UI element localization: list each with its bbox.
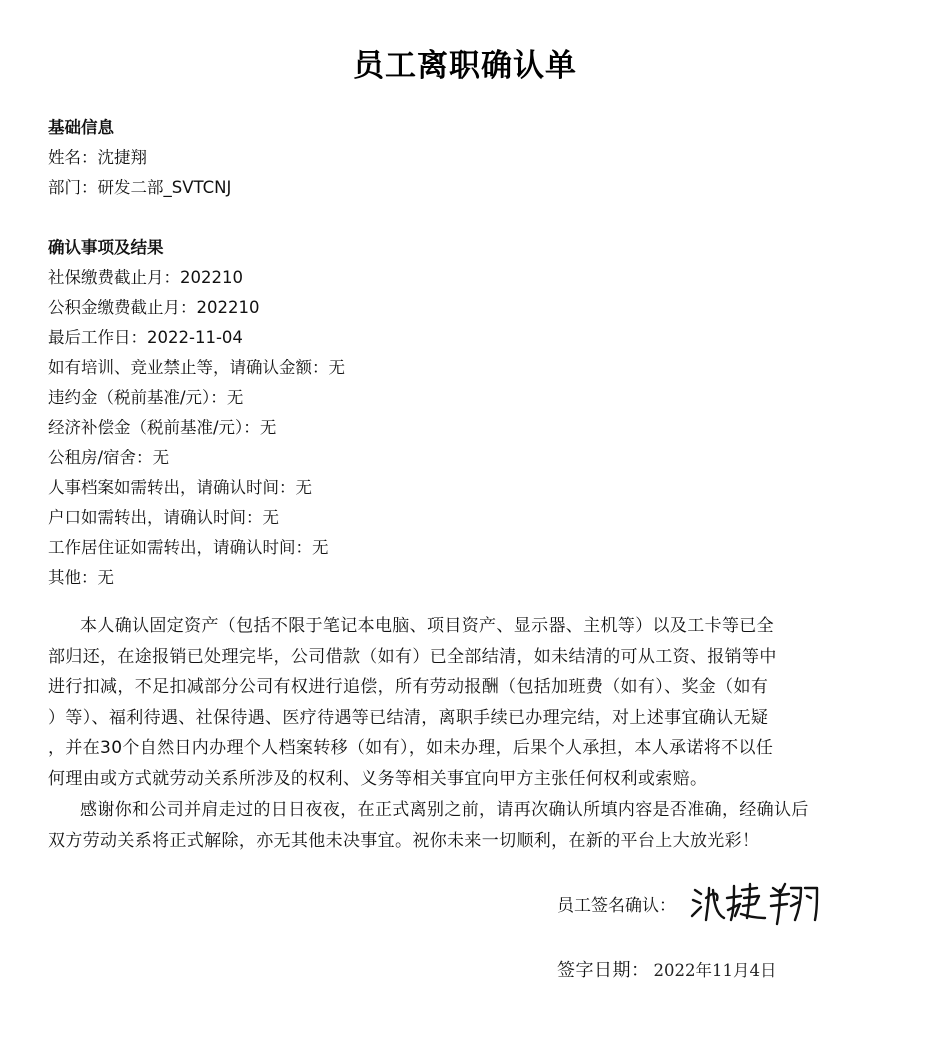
signature-label: 员工签名确认：: [557, 891, 676, 916]
paragraph-line: 感谢你和公司并肩走过的日日夜夜，在正式离别之前，请再次确认所填内容是否准确，经确…: [48, 795, 868, 826]
item-value: 无: [260, 418, 277, 437]
sign-date-label: 签字日期：: [557, 960, 650, 981]
paragraph-line: 何理由或方式就劳动关系所涉及的权利、义务等相关事宜向甲方主张任何权利或索赔。: [48, 764, 868, 795]
signature-row: 员工签名确认：: [557, 876, 827, 930]
name-value: 沈捷翔: [98, 148, 148, 167]
confirmation-item: 违约金（税前基准/元）：无: [48, 383, 878, 413]
item-label: 工作居住证如需转出，请确认时间：: [48, 538, 312, 557]
paragraph-line: 进行扣减，不足扣减部分公司有权进行追偿，所有劳动报酬（包括加班费（如有）、奖金（…: [48, 672, 868, 703]
item-label: 公租房/宿舍：: [48, 448, 153, 467]
paragraph-line: 部归还，在途报销已处理完毕，公司借款（如有）已全部结清，如未结清的可从工资、报销…: [48, 642, 868, 673]
item-label: 其他：: [48, 568, 98, 587]
item-value: 无: [329, 358, 346, 377]
handwritten-signature-icon: [687, 876, 827, 930]
sign-date-row: 签字日期：2022年11月4日: [557, 956, 777, 982]
confirmation-item: 工作居住证如需转出，请确认时间：无: [48, 533, 878, 563]
confirmation-item: 公租房/宿舍：无: [48, 443, 878, 473]
confirmation-item: 公积金缴费截止月：202210: [48, 293, 878, 323]
item-label: 如有培训、竞业禁止等，请确认金额：: [48, 358, 329, 377]
confirmation-item: 最后工作日：2022-11-04: [48, 323, 878, 353]
confirmation-section: 确认事项及结果 社保缴费截止月：202210 公积金缴费截止月：202210 最…: [48, 233, 878, 593]
paragraph-line: ）等）、福利待遇、社保待遇、医疗待遇等已结清，离职手续已办理完结，对上述事宜确认…: [48, 703, 868, 734]
confirmation-item: 如有培训、竞业禁止等，请确认金额：无: [48, 353, 878, 383]
item-label: 人事档案如需转出，请确认时间：: [48, 478, 296, 497]
statement-paragraph-2: 感谢你和公司并肩走过的日日夜夜，在正式离别之前，请再次确认所填内容是否准确，经确…: [48, 795, 868, 856]
item-value: 202210: [197, 298, 260, 317]
confirmation-item: 人事档案如需转出，请确认时间：无: [48, 473, 878, 503]
item-label: 社保缴费截止月：: [48, 268, 180, 287]
paragraph-line: 双方劳动关系将正式解除，亦无其他未决事宜。祝你未来一切顺利，在新的平台上大放光彩…: [48, 826, 868, 857]
name-row: 姓名：沈捷翔: [48, 143, 878, 173]
confirmation-item: 其他：无: [48, 563, 878, 593]
item-value: 无: [227, 388, 244, 407]
item-value: 202210: [180, 268, 243, 287]
paragraph-line: ，并在30个自然日内办理个人档案转移（如有），如未办理，后果个人承担，本人承诺将…: [48, 733, 868, 764]
sign-date-value: 2022年11月4日: [654, 961, 777, 980]
confirmation-item: 经济补偿金（税前基准/元）：无: [48, 413, 878, 443]
item-label: 违约金（税前基准/元）：: [48, 388, 227, 407]
paragraph-line: 本人确认固定资产（包括不限于笔记本电脑、项目资产、显示器、主机等）以及工卡等已全: [48, 611, 868, 642]
item-value: 无: [98, 568, 115, 587]
item-value: 2022-11-04: [147, 328, 243, 347]
confirmation-item: 户口如需转出，请确认时间：无: [48, 503, 878, 533]
department-value: 研发二部_SVTCNJ: [98, 178, 232, 197]
item-label: 户口如需转出，请确认时间：: [48, 508, 263, 527]
document-title: 员工离职确认单: [0, 44, 930, 88]
item-label: 经济补偿金（税前基准/元）：: [48, 418, 260, 437]
basic-info-heading: 基础信息: [48, 113, 878, 143]
resignation-confirmation-document: 员工离职确认单 基础信息 姓名：沈捷翔 部门：研发二部_SVTCNJ 确认事项及…: [0, 0, 940, 1050]
item-label: 最后工作日：: [48, 328, 147, 347]
item-value: 无: [296, 478, 313, 497]
department-label: 部门：: [48, 178, 98, 197]
confirmation-heading: 确认事项及结果: [48, 233, 878, 263]
item-label: 公积金缴费截止月：: [48, 298, 197, 317]
name-label: 姓名：: [48, 148, 98, 167]
item-value: 无: [263, 508, 280, 527]
department-row: 部门：研发二部_SVTCNJ: [48, 173, 878, 203]
confirmation-item: 社保缴费截止月：202210: [48, 263, 878, 293]
basic-info-section: 基础信息 姓名：沈捷翔 部门：研发二部_SVTCNJ: [48, 113, 878, 203]
item-value: 无: [153, 448, 170, 467]
item-value: 无: [312, 538, 329, 557]
statement-paragraph-1: 本人确认固定资产（包括不限于笔记本电脑、项目资产、显示器、主机等）以及工卡等已全…: [48, 611, 868, 794]
